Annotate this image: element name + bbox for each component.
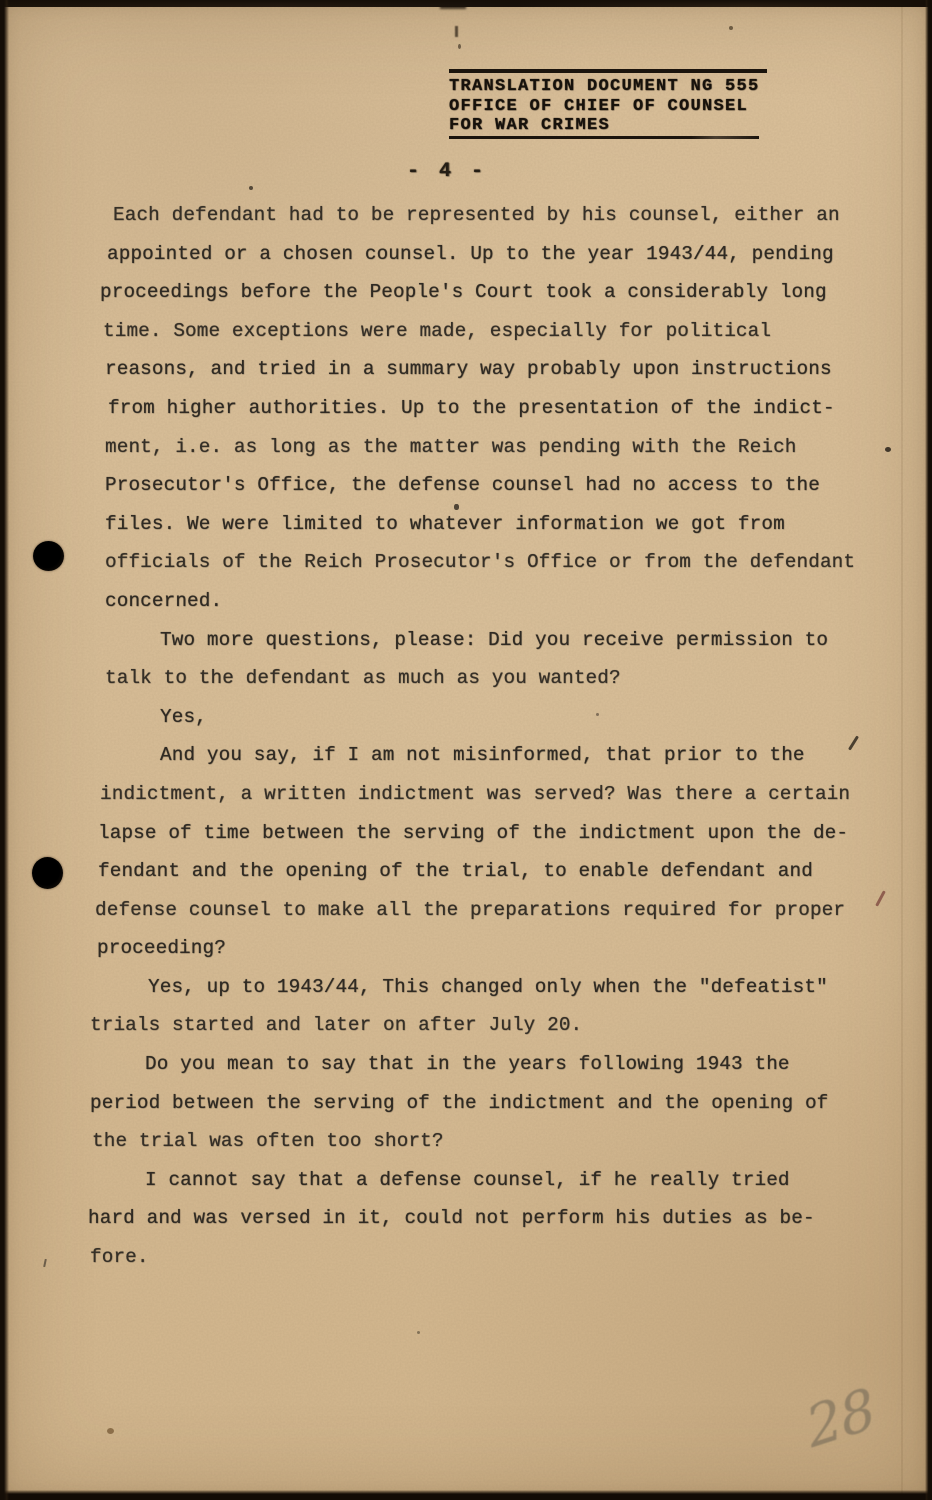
body-line: lapse of time between the serving of the… [98, 814, 890, 853]
document-body: Each defendant had to be represented by … [100, 196, 890, 1277]
body-line: Yes, [160, 698, 890, 737]
body-line: reasons, and tried in a summary way prob… [105, 350, 890, 389]
body-line: period between the serving of the indict… [90, 1084, 890, 1123]
scan-edge-left [0, 0, 9, 1500]
paper-smudge [440, 3, 466, 9]
paper-crease [901, 0, 903, 1500]
body-line: officials of the Reich Prosecutor's Offi… [105, 543, 890, 582]
body-line: Yes, up to 1943/44, This changed only wh… [148, 968, 890, 1007]
stamp-line-document-number: TRANSLATION DOCUMENT NG 555 [449, 77, 767, 97]
paper-speck [417, 1331, 420, 1334]
body-line: proceedings before the People's Court to… [100, 273, 890, 312]
body-line: I cannot say that a defense counsel, if … [145, 1161, 890, 1200]
paper-speck [729, 26, 733, 30]
body-line: Prosecutor's Office, the defense counsel… [105, 466, 890, 505]
body-line: concerned. [105, 582, 890, 621]
paper-speck [249, 186, 253, 190]
paper-speck [458, 44, 461, 49]
body-line: defense counsel to make all the preparat… [95, 891, 890, 930]
body-line: files. We were limited to whatever infor… [105, 505, 890, 544]
translation-document-stamp: TRANSLATION DOCUMENT NG 555 OFFICE OF CH… [449, 69, 767, 139]
stamp-line-war-crimes: FOR WAR CRIMES [449, 116, 767, 136]
body-line: talk to the defendant as much as you wan… [105, 659, 890, 698]
body-line: fendant and the opening of the trial, to… [98, 852, 890, 891]
stamp-underline [449, 136, 759, 140]
scan-edge-right [925, 0, 932, 1500]
body-line: trials started and later on after July 2… [90, 1006, 890, 1045]
body-line: Two more questions, please: Did you rece… [160, 621, 890, 660]
body-line: appointed or a chosen counsel. Up to the… [107, 235, 890, 274]
scan-edge-top [0, 0, 932, 7]
stamp-line-office: OFFICE OF CHIEF OF COUNSEL [449, 97, 767, 117]
body-line: Each defendant had to be represented by … [113, 196, 890, 235]
paper-speck [107, 1428, 114, 1434]
body-line: Do you mean to say that in the years fol… [145, 1045, 890, 1084]
punch-hole-top [33, 541, 64, 571]
body-line: And you say, if I am not misinformed, th… [160, 736, 890, 775]
body-line: from higher authorities. Up to the prese… [108, 389, 890, 428]
body-line: proceeding? [97, 929, 890, 968]
page-number: - 4 - [407, 160, 487, 183]
body-line: time. Some exceptions were made, especia… [103, 312, 890, 351]
scanned-document-page: TRANSLATION DOCUMENT NG 555 OFFICE OF CH… [0, 0, 932, 1500]
paper-speck [455, 26, 458, 37]
body-line: hard and was versed in it, could not per… [88, 1199, 890, 1238]
scan-edge-bottom [0, 1490, 932, 1500]
paper-speck [43, 1259, 47, 1267]
body-line: the trial was often too short? [92, 1122, 890, 1161]
body-line: fore. [90, 1238, 890, 1277]
handwritten-page-number: 28 [801, 1376, 880, 1461]
body-line: ment, i.e. as long as the matter was pen… [105, 428, 890, 467]
body-line: indictment, a written indictment was ser… [100, 775, 890, 814]
punch-hole-bottom [32, 857, 63, 889]
